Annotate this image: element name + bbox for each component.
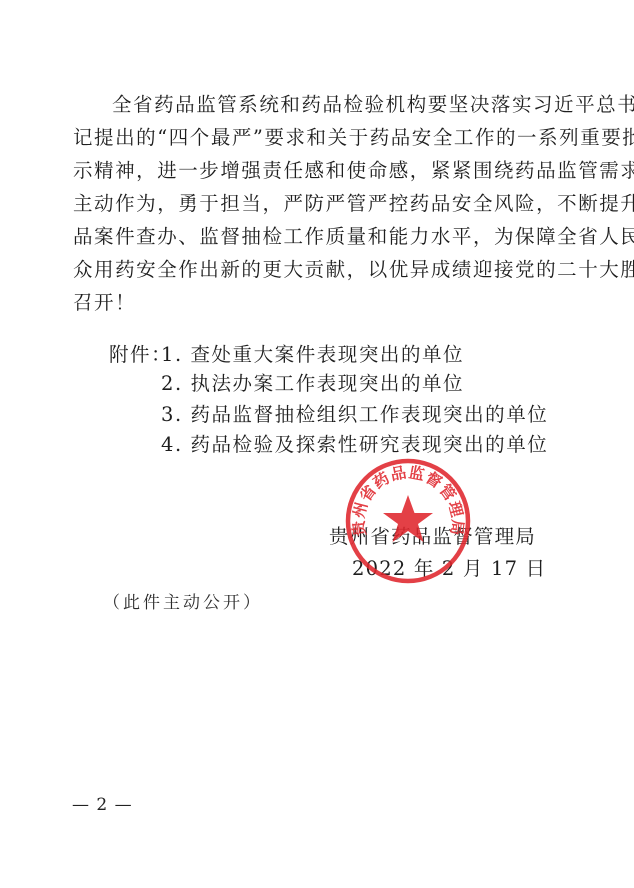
document-page: 全省药品监管系统和药品检验机构要坚决落实习近平总书 记提出的“四个最严”要求和关… <box>0 0 634 888</box>
attachment-item: 3. 药品监督抽检组织工作表现突出的单位 <box>161 403 548 427</box>
public-disclosure-note: （此件主动公开） <box>103 591 263 615</box>
paragraph-line: 示精神，进一步增强责任感和使命感，紧紧围绕药品监管需求， <box>73 159 579 183</box>
official-seal-icon: 贵州省药品监督管理局 <box>344 457 472 585</box>
paragraph-line: 品案件查办、监督抽检工作质量和能力水平，为保障全省人民群 <box>73 225 579 249</box>
attachment-item: 1. 查处重大案件表现突出的单位 <box>161 343 464 367</box>
attachment-item: 4. 药品检验及探索性研究表现突出的单位 <box>161 433 548 457</box>
page-number: — 2 — <box>72 794 133 816</box>
paragraph-line: 记提出的“四个最严”要求和关于药品安全工作的一系列重要批 <box>73 126 579 150</box>
paragraph-line: 众用药安全作出新的更大贡献，以优异成绩迎接党的二十大胜利 <box>73 258 579 282</box>
paragraph-line: 全省药品监管系统和药品检验机构要坚决落实习近平总书 <box>112 93 579 117</box>
paragraph-line: 主动作为，勇于担当，严防严管严控药品安全风险，不断提升药 <box>73 192 579 216</box>
paragraph-line: 召开！ <box>73 291 579 315</box>
attachment-item: 2. 执法办案工作表现突出的单位 <box>161 372 464 396</box>
